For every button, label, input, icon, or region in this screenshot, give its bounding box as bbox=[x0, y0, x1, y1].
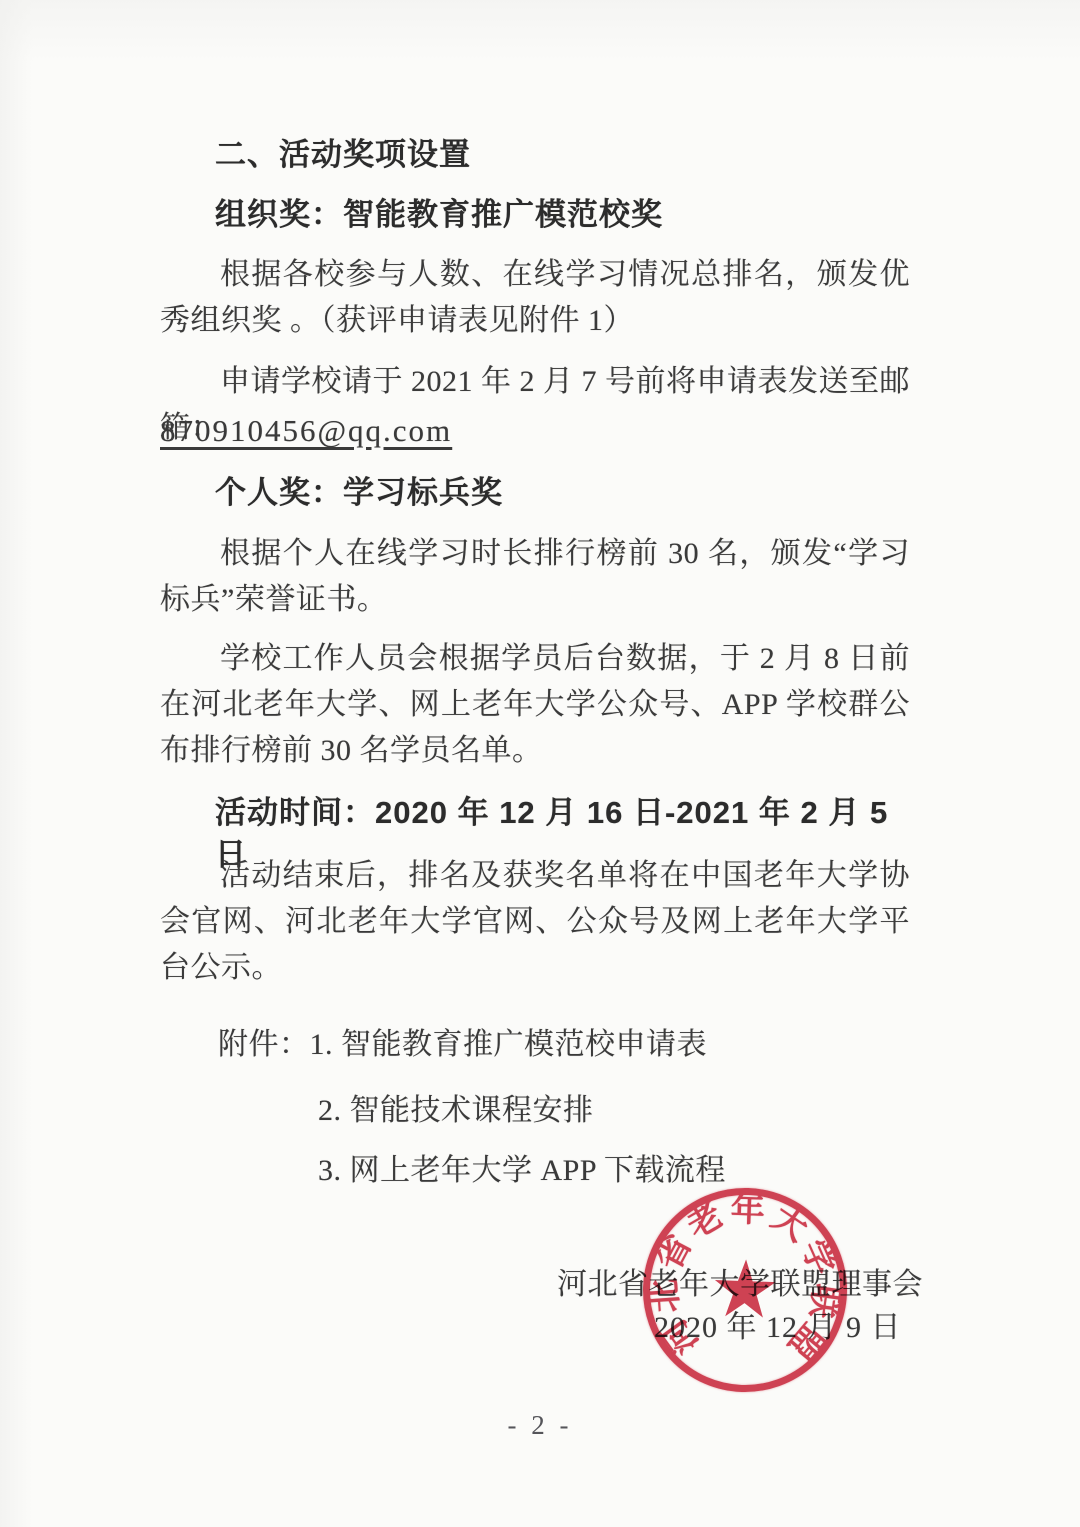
para-personal-desc: 根据个人在线学习时长排行榜前 30 名，颁发“学习标兵”荣誉证书。 bbox=[160, 531, 910, 623]
para-announcement: 学校工作人员会根据学员后台数据，于 2 月 8 日前在河北老年大学、网上老年大学… bbox=[160, 636, 910, 774]
attachment-item: 3. 网上老年大学 APP 下载流程 bbox=[318, 1148, 918, 1194]
page-number: - 2 - bbox=[0, 1402, 1080, 1448]
email-link[interactable]: 870910456@qq.com bbox=[160, 413, 452, 448]
para-org-desc: 根据各校参与人数、在线学习情况总排名，颁发优秀组织奖 。（获评申请表见附件 1） bbox=[160, 252, 910, 344]
signature-line: 河北省老年大学联盟理事会 bbox=[557, 1262, 957, 1308]
attachment-item: 1. 智能教育推广模范校申请表 bbox=[310, 1022, 708, 1068]
para-publicity: 活动结束后，排名及获奖名单将在中国老年大学协会官网、河北老年大学官网、公众号及网… bbox=[160, 853, 910, 991]
date-line: 2020 年 12 月 9 日 bbox=[654, 1305, 954, 1351]
attachment-item: 2. 智能技术课程安排 bbox=[318, 1088, 918, 1134]
seal-ring-char: 老 bbox=[679, 1195, 731, 1247]
document-page: 二、活动奖项设置 组织奖：智能教育推广模范校奖 根据各校参与人数、在线学习情况总… bbox=[0, 0, 1080, 1527]
seal-ring-char: 大 bbox=[763, 1197, 816, 1250]
attachments-label: 附件： bbox=[218, 1022, 310, 1068]
award-org-heading: 组织奖：智能教育推广模范校奖 bbox=[215, 194, 815, 236]
section-heading: 二、活动奖项设置 bbox=[215, 134, 815, 176]
award-personal-heading: 个人奖：学习标兵奖 bbox=[215, 472, 815, 514]
attachments-line-1: 附件： 1. 智能教育推广模范校申请表 bbox=[218, 1022, 918, 1068]
seal-ring-char: 年 bbox=[728, 1190, 767, 1229]
